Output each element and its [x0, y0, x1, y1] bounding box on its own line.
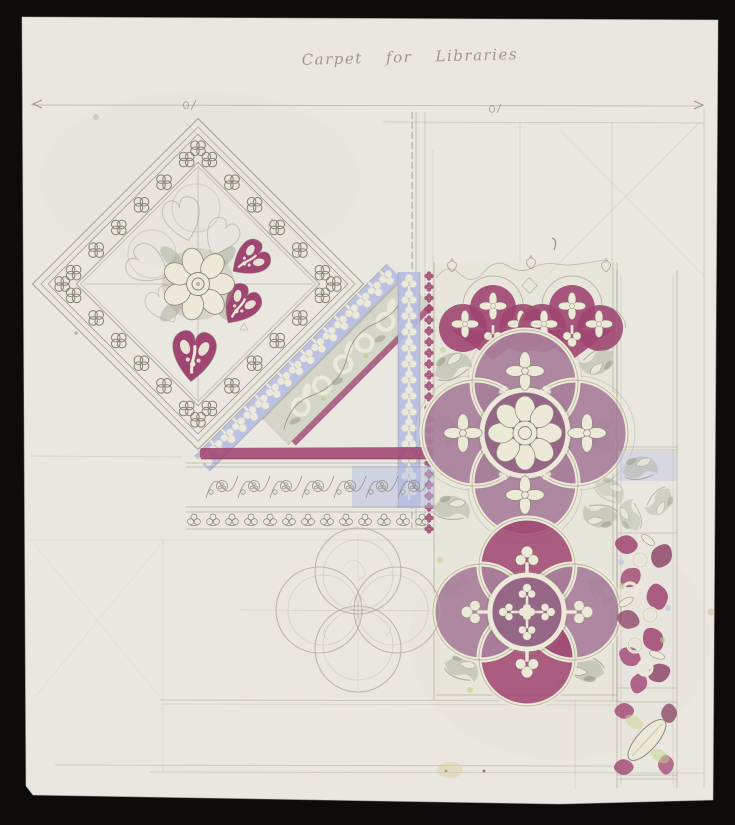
crimson-strip-horizontal — [200, 447, 434, 459]
artwork-scan: Carpet for Libraries — [0, 0, 735, 825]
rose-center — [488, 396, 562, 470]
yellow-stain — [437, 762, 463, 778]
